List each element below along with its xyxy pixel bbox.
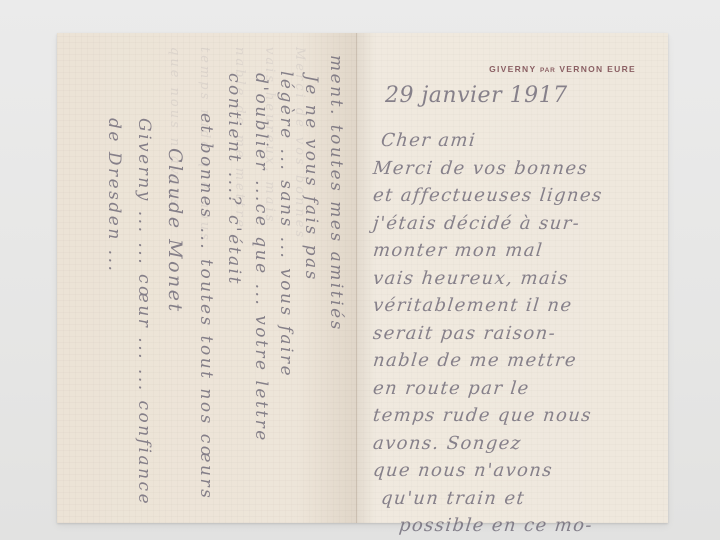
salutation: Cher ami bbox=[380, 127, 665, 155]
signature: Claude Monet bbox=[165, 148, 184, 314]
body-line: qu'un train et bbox=[380, 485, 665, 513]
body-line: véritablement il ne bbox=[372, 292, 665, 320]
letter-date: 29 janvier 1917 bbox=[385, 73, 663, 119]
left-line-6: et bonnes ... toutes tout nos cœurs bbox=[197, 113, 214, 500]
body-line: temps rude que nous bbox=[372, 402, 665, 430]
body-line: Merci de vos bonnes bbox=[372, 155, 665, 183]
body-line: j'étais décidé à sur- bbox=[372, 210, 665, 238]
left-page: Merci de vos bonnes vais heureux, mais n… bbox=[57, 33, 357, 523]
left-line-5: contient ...? c'était bbox=[225, 73, 242, 286]
body-line: que nous n'avons bbox=[372, 457, 665, 485]
left-line-2: Je ne vous fais pas bbox=[302, 75, 319, 282]
body-line: monter mon mal bbox=[372, 237, 665, 265]
right-page-handwriting: 29 janvier 1917 Cher ami Merci de vos bo… bbox=[373, 73, 663, 540]
body-line: vais heureux, mais bbox=[372, 265, 665, 293]
left-line-1: ment. toutes mes amitiés bbox=[327, 55, 344, 332]
left-line-4: d'oublier ...ce que ... votre lettre bbox=[252, 73, 269, 443]
left-line-8: Giverny ... ... cœur ... ... confiance bbox=[135, 118, 152, 506]
body-line: en route par le bbox=[372, 375, 665, 403]
body-line: possible en ce mo- bbox=[398, 512, 665, 540]
body-line: avons. Songez bbox=[372, 430, 665, 458]
body-line: nable de me mettre bbox=[372, 347, 665, 375]
right-page: GIVERNY PAR VERNON EURE 29 janvier 1917 … bbox=[357, 33, 668, 523]
left-line-9: de Dresden ... bbox=[105, 118, 122, 273]
left-page-handwriting: Merci de vos bonnes vais heureux, mais n… bbox=[57, 33, 357, 523]
body-line: serait pas raison- bbox=[372, 320, 665, 348]
body-line: et affectueuses lignes bbox=[372, 182, 665, 210]
letter-sheet: Merci de vos bonnes vais heureux, mais n… bbox=[57, 33, 668, 523]
left-line-3: légère ... sans ... vous faire bbox=[277, 71, 294, 378]
